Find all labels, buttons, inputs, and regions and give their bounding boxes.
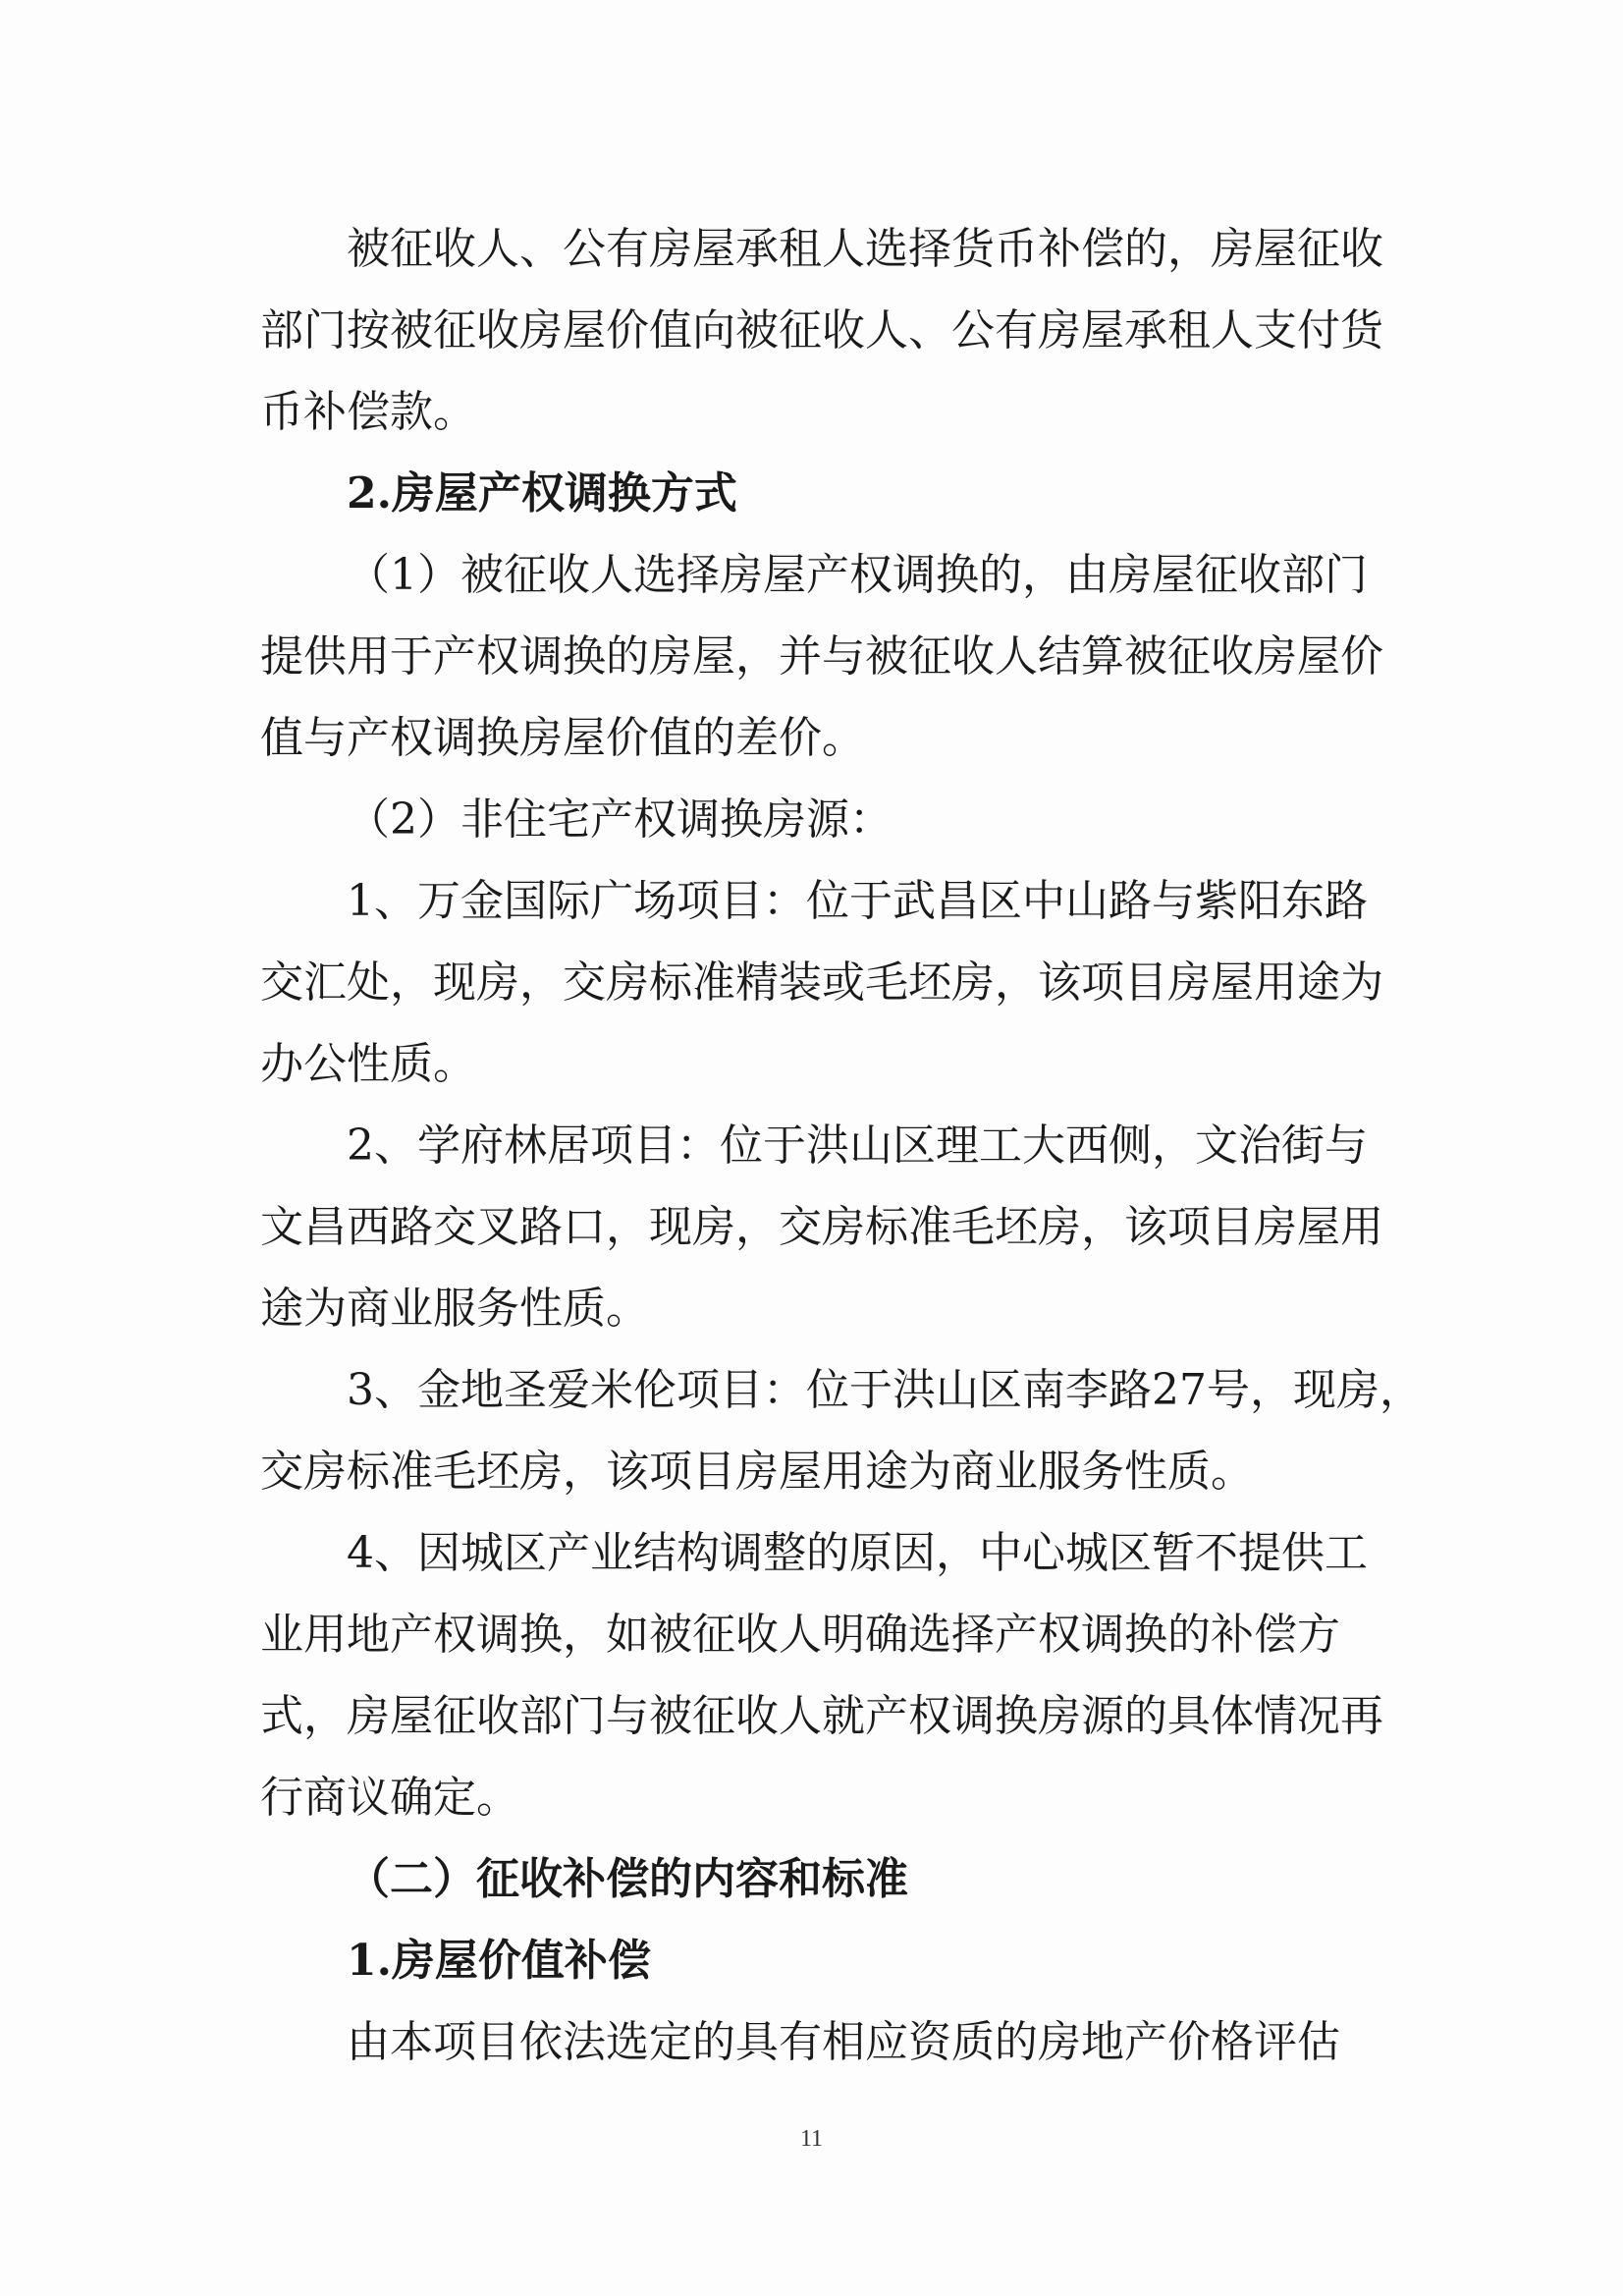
paragraph-line: 部门按被征收房屋价值向被征收人、公有房屋承租人支付货: [260, 290, 1399, 371]
paragraph-line: 被征收人、公有房屋承租人选择货币补偿的，房屋征收: [347, 208, 1486, 290]
paragraph-line: 值与产权调换房屋价值的差价。: [260, 697, 1399, 779]
list-item-line: 4、因城区产业结构调整的原因，中心城区暂不提供工: [347, 1512, 1486, 1594]
list-item-line: 交房标准毛坯房，该项目房屋用途为商业服务性质。: [260, 1431, 1399, 1512]
list-item-line: 途为商业服务性质。: [260, 1268, 1399, 1349]
page-number: 11: [0, 2126, 1623, 2153]
list-item-line: 业用地产权调换，如被征收人明确选择产权调换的补偿方: [260, 1594, 1399, 1675]
list-item-line: 文昌西路交叉路口，现房，交房标准毛坯房，该项目房屋用: [260, 1186, 1399, 1268]
paragraph-line: （1）被征收人选择房屋产权调换的，由房屋征收部门: [347, 534, 1486, 616]
list-item-line: 1、万金国际广场项目：位于武昌区中山路与紫阳东路: [347, 860, 1486, 942]
list-item-line: 行商议确定。: [260, 1757, 1399, 1838]
document-page: 被征收人、公有房屋承租人选择货币补偿的，房屋征收 部门按被征收房屋价值向被征收人…: [0, 0, 1623, 2296]
section-heading-house-value-compensation: 1.房屋价值补偿: [347, 1920, 1486, 2001]
list-item-line: 3、金地圣爱米伦项目：位于洪山区南李路27号，现房，: [347, 1349, 1486, 1431]
paragraph-line: （2）非住宅产权调换房源：: [347, 779, 1486, 860]
list-item-line: 式，房屋征收部门与被征收人就产权调换房源的具体情况再: [260, 1675, 1399, 1757]
list-item-line: 交汇处，现房，交房标准精装或毛坯房，该项目房屋用途为: [260, 942, 1399, 1023]
paragraph-line: 提供用于产权调换的房屋，并与被征收人结算被征收房屋价: [260, 616, 1399, 697]
paragraph-line: 由本项目依法选定的具有相应资质的房地产价格评估: [347, 2001, 1486, 2083]
paragraph-line: 币补偿款。: [260, 371, 1399, 453]
list-item-line: 办公性质。: [260, 1023, 1399, 1105]
section-heading-property-exchange: 2.房屋产权调换方式: [347, 453, 1486, 534]
section-heading-compensation-standards: （二）征收补偿的内容和标准: [347, 1838, 1486, 1920]
list-item-line: 2、学府林居项目：位于洪山区理工大西侧，文治街与: [347, 1105, 1486, 1186]
